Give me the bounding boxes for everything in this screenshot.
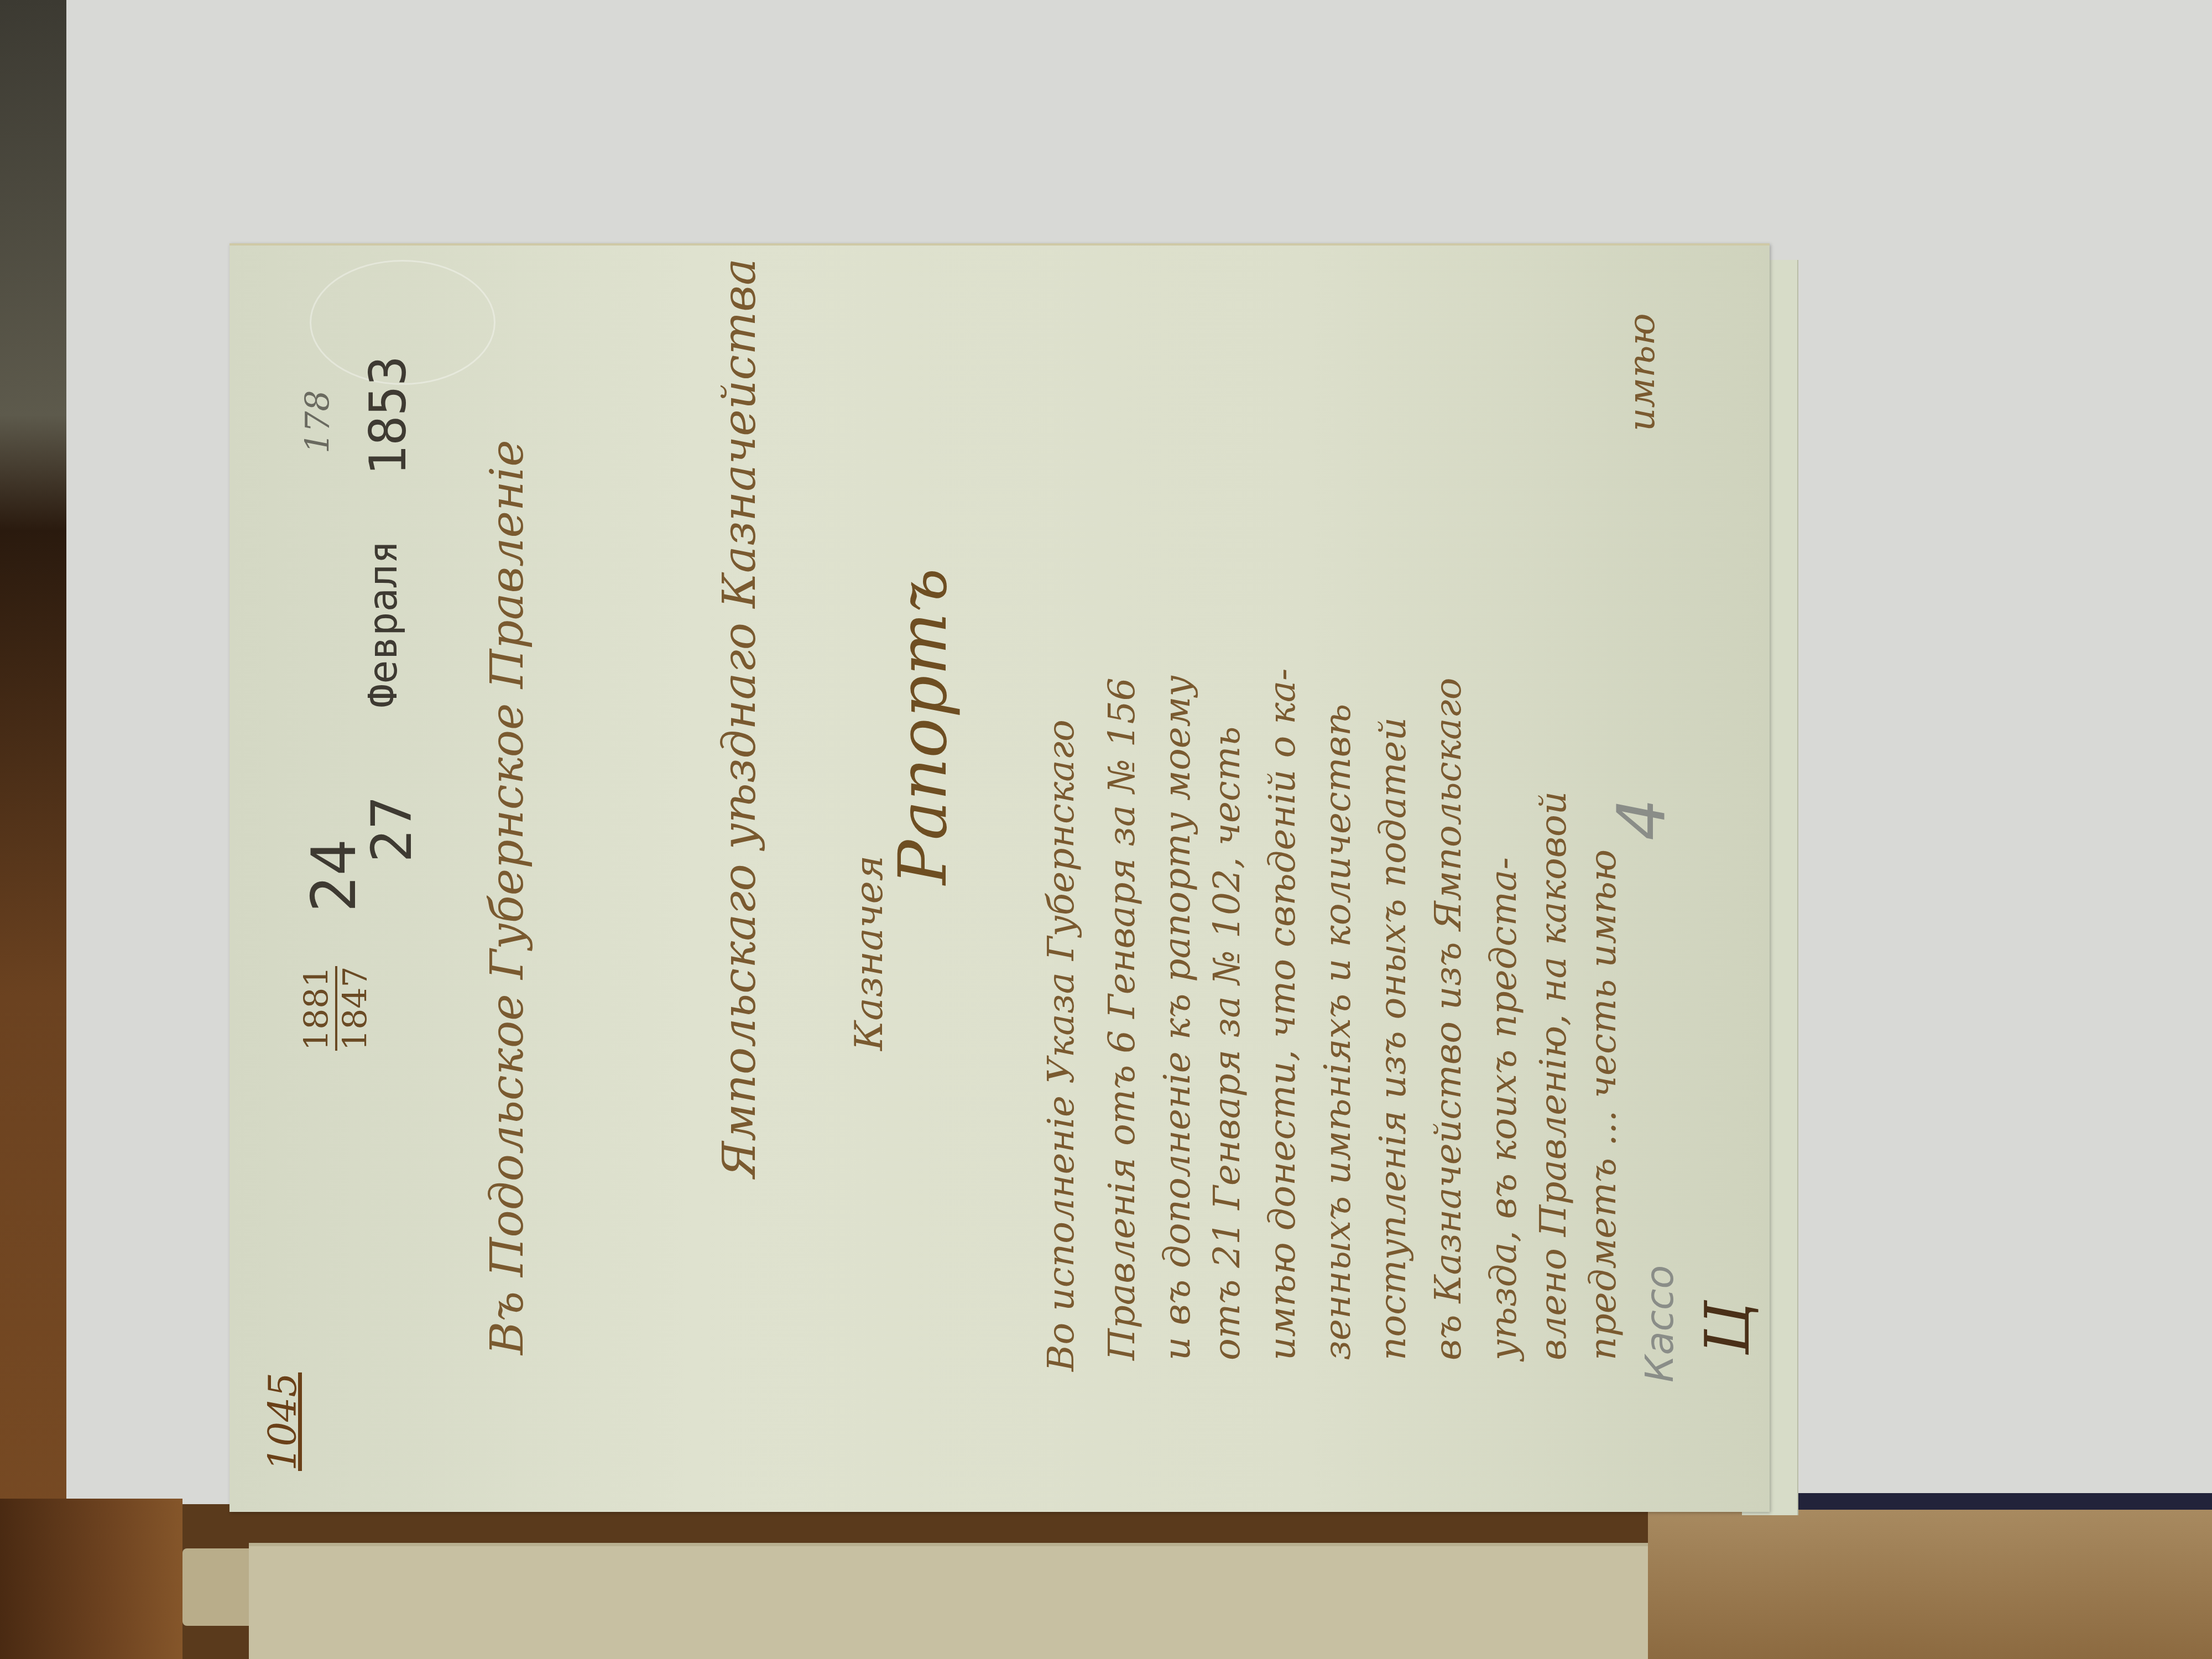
stamp-year: 1853	[359, 356, 418, 476]
body-line: предметъ … честь имѣю	[1582, 849, 1624, 1360]
sender-line: Ямпольскаго уѣзднаго Казначейства	[713, 258, 766, 1178]
fraction-numerator: 1881	[299, 966, 335, 1051]
body-line: Во исполненіе Указа Губернскаго	[1040, 719, 1082, 1371]
body-line: Правленія отъ 6 Генваря за № 156	[1100, 677, 1143, 1360]
pencil-mark-number: 4	[1604, 799, 1681, 841]
stamp-day-handwritten: 24	[299, 839, 369, 912]
closing-word: имѣю	[1620, 313, 1663, 431]
wooden-desk-bottom-left	[0, 1499, 182, 1659]
body-line: зенныхъ имѣніяхъ и количествѣ	[1316, 704, 1359, 1360]
dark-fabric-strip	[1797, 1493, 2212, 1510]
stamp-entry-number: 178	[299, 390, 337, 453]
corner-archive-number: 1045	[260, 1373, 305, 1471]
body-line: влено Правленію, на каковой	[1532, 791, 1574, 1360]
signature: Ц	[1692, 1302, 1763, 1355]
pencil-mark-name: Кассо	[1637, 1265, 1682, 1383]
body-line: отъ 21 Генваря за № 102, честь	[1206, 727, 1248, 1360]
document-title: Рапортъ	[885, 568, 962, 885]
body-line: въ Казначейство изъ Ямпольскаго	[1427, 678, 1469, 1360]
body-line: имѣю донести, что свѣденій о ка-	[1261, 669, 1303, 1360]
wooden-desk-left	[0, 0, 66, 1659]
folder-flap	[182, 1548, 249, 1626]
archive-fraction: 1881 1847	[299, 966, 374, 1051]
body-line: уѣзда, въ коихъ предста-	[1482, 857, 1525, 1360]
archival-folder	[249, 1543, 1648, 1659]
fraction-denominator: 1847	[335, 966, 374, 1051]
addressee-line: Въ Подольское Губернское Правленіе	[481, 440, 534, 1355]
body-line: поступленія изъ оныхъ податей	[1371, 717, 1414, 1360]
body-line: и въ дополненіе къ рапорту моему	[1156, 675, 1198, 1360]
cardboard-folder-right	[1648, 1510, 2212, 1659]
stamp-day: 27	[359, 796, 424, 863]
stamp-month: Февраля	[359, 540, 406, 708]
